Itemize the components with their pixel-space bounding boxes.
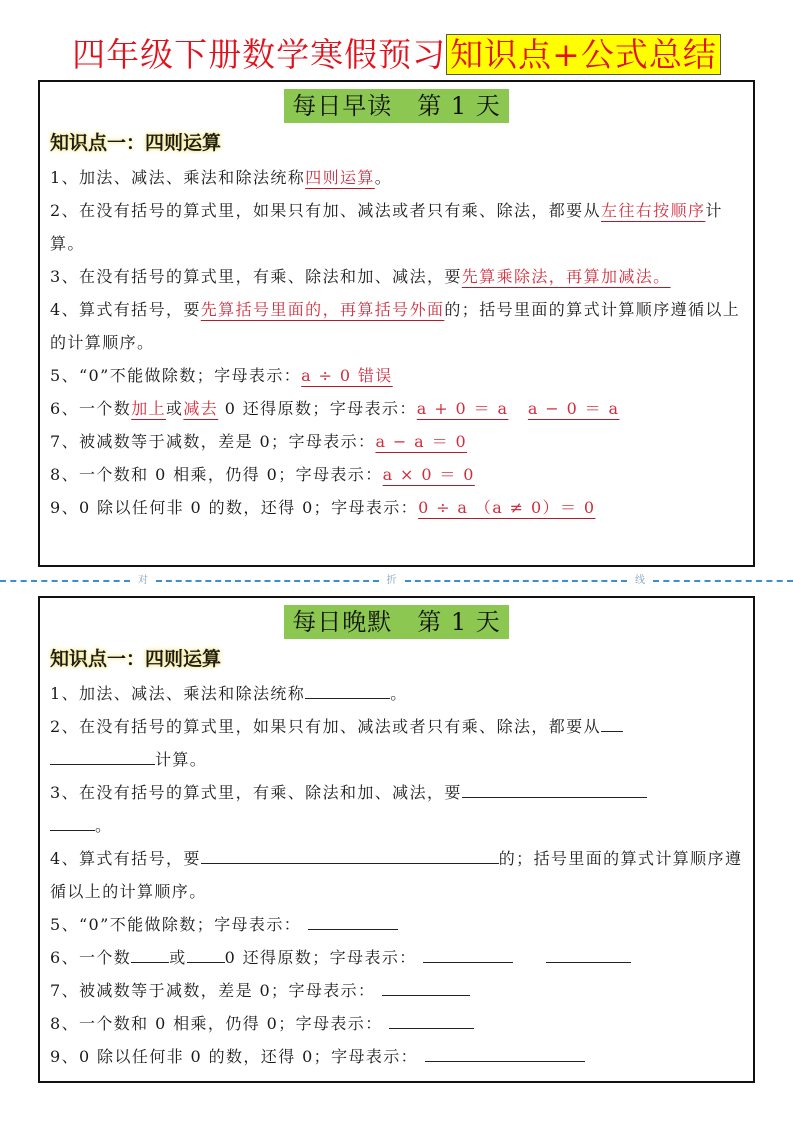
item-text: 6、一个数 bbox=[50, 399, 131, 418]
evening-item-4: 4、算式有括号，要的；括号里面的算式计算顺序遵循以上的计算顺序。 bbox=[50, 842, 743, 908]
evening-dictation-box: 每日晚默 第 1 天 知识点一：四则运算 1、加法、减法、乘法和除法统称。 2、… bbox=[38, 596, 755, 1083]
answer-text: 加上 bbox=[131, 399, 166, 418]
evening-item-7: 7、被减数等于减数，差是 0；字母表示： bbox=[50, 974, 743, 1007]
answer-text: a + 0 ＝ a bbox=[417, 399, 509, 418]
dash-segment bbox=[156, 580, 379, 582]
fold-label: 线 bbox=[627, 574, 653, 588]
item-text: 0 还得原数；字母表示： bbox=[218, 399, 417, 418]
evening-item-8: 8、一个数和 0 相乘，仍得 0；字母表示： bbox=[50, 1007, 743, 1040]
morning-item-1: 1、加法、减法、乘法和除法统称四则运算。 bbox=[50, 161, 743, 194]
answer-text: 0 ÷ a （a ≠ 0）＝ 0 bbox=[418, 498, 595, 517]
item-text: 5、“0”不能做除数；字母表示： bbox=[50, 915, 301, 934]
morning-item-5: 5、“0”不能做除数；字母表示：a ÷ 0 错误 bbox=[50, 359, 743, 392]
item-text: 。 bbox=[390, 684, 407, 703]
item-text: 或 bbox=[166, 399, 183, 418]
evening-item-5: 5、“0”不能做除数；字母表示： bbox=[50, 908, 743, 941]
evening-subheading: 知识点一：四则运算 bbox=[50, 645, 221, 673]
evening-banner: 每日晚默 第 1 天 bbox=[284, 605, 509, 639]
answer-blank[interactable] bbox=[382, 977, 470, 996]
morning-reading-box: 每日早读 第 1 天 知识点一：四则运算 1、加法、减法、乘法和除法统称四则运算… bbox=[38, 80, 755, 567]
morning-item-8: 8、一个数和 0 相乘，仍得 0；字母表示：a × 0 ＝ 0 bbox=[50, 458, 743, 491]
answer-text: 四则运算 bbox=[305, 168, 375, 187]
page-title: 四年级下册数学寒假预习知识点+公式总结 bbox=[0, 33, 793, 77]
answer-text: 先算乘除法，再算加减法。 bbox=[462, 267, 671, 286]
morning-item-6: 6、一个数加上或减去 0 还得原数；字母表示：a + 0 ＝ a a − 0 ＝… bbox=[50, 392, 743, 425]
answer-blank[interactable] bbox=[187, 944, 225, 963]
answer-blank[interactable] bbox=[308, 911, 398, 930]
item-text: 3、在没有括号的算式里，有乘、除法和加、减法，要 bbox=[50, 783, 462, 802]
morning-banner: 每日早读 第 1 天 bbox=[284, 89, 509, 123]
item-text: 。 bbox=[375, 168, 392, 187]
evening-items: 1、加法、减法、乘法和除法统称。 2、在没有括号的算式里，如果只有加、减法或者只… bbox=[50, 677, 753, 1073]
answer-blank[interactable] bbox=[305, 680, 390, 699]
item-text: 0 还得原数；字母表示： bbox=[225, 948, 417, 967]
dash-segment bbox=[653, 580, 793, 582]
item-text: 1、加法、减法、乘法和除法统称 bbox=[50, 168, 305, 187]
fold-label: 折 bbox=[379, 574, 405, 588]
answer-blank[interactable] bbox=[389, 1010, 474, 1029]
answer-text: 先算括号里面的，再算括号外面 bbox=[201, 300, 445, 319]
item-text: 8、一个数和 0 相乘，仍得 0；字母表示： bbox=[50, 465, 383, 484]
item-text: 2、在没有括号的算式里，如果只有加、减法或者只有乘、除法，都要从 bbox=[50, 201, 601, 220]
item-text: 7、被减数等于减数，差是 0；字母表示： bbox=[50, 432, 375, 451]
title-main: 四年级下册数学寒假预习 bbox=[72, 35, 446, 74]
item-text: 7、被减数等于减数，差是 0；字母表示： bbox=[50, 981, 375, 1000]
morning-item-4: 4、算式有括号，要先算括号里面的，再算括号外面的；括号里面的算式计算顺序遵循以上… bbox=[50, 293, 743, 359]
item-text: 9、0 除以任何非 0 的数，还得 0；字母表示： bbox=[50, 498, 418, 517]
answer-text: 左往右按顺序 bbox=[601, 201, 705, 220]
answer-blank[interactable] bbox=[546, 944, 631, 963]
answer-blank[interactable] bbox=[50, 812, 95, 831]
answer-blank[interactable] bbox=[423, 944, 513, 963]
item-text: 。 bbox=[95, 816, 112, 835]
evening-item-2: 2、在没有括号的算式里，如果只有加、减法或者只有乘、除法，都要从计算。 bbox=[50, 710, 743, 776]
item-text: 6、一个数 bbox=[50, 948, 131, 967]
item-text: 计算。 bbox=[155, 750, 207, 769]
item-text: 3、在没有括号的算式里，有乘、除法和加、减法，要 bbox=[50, 267, 462, 286]
morning-subheading: 知识点一：四则运算 bbox=[50, 129, 221, 157]
dash-segment bbox=[405, 580, 628, 582]
answer-text: a ÷ 0 错误 bbox=[301, 366, 393, 385]
answer-blank[interactable] bbox=[601, 713, 623, 732]
answer-blank[interactable] bbox=[131, 944, 169, 963]
answer-blank[interactable] bbox=[462, 779, 647, 798]
item-text: 4、算式有括号，要 bbox=[50, 300, 201, 319]
answer-blank[interactable] bbox=[425, 1043, 585, 1062]
item-text: 或 bbox=[169, 948, 186, 967]
answer-blank[interactable] bbox=[50, 746, 155, 765]
item-text: 2、在没有括号的算式里，如果只有加、减法或者只有乘、除法，都要从 bbox=[50, 717, 601, 736]
item-text: 4、算式有括号，要 bbox=[50, 849, 201, 868]
morning-item-2: 2、在没有括号的算式里，如果只有加、减法或者只有乘、除法，都要从左往右按顺序计算… bbox=[50, 194, 743, 260]
answer-text: a − a ＝ 0 bbox=[375, 432, 467, 451]
title-highlight: 知识点+公式总结 bbox=[446, 34, 721, 75]
evening-item-3: 3、在没有括号的算式里，有乘、除法和加、减法，要。 bbox=[50, 776, 743, 842]
answer-blank[interactable] bbox=[201, 845, 499, 864]
answer-text: a − 0 ＝ a bbox=[528, 399, 620, 418]
morning-item-7: 7、被减数等于减数，差是 0；字母表示：a − a ＝ 0 bbox=[50, 425, 743, 458]
morning-item-3: 3、在没有括号的算式里，有乘、除法和加、减法，要先算乘除法，再算加减法。 bbox=[50, 260, 743, 293]
item-text: 9、0 除以任何非 0 的数，还得 0；字母表示： bbox=[50, 1047, 418, 1066]
morning-items: 1、加法、减法、乘法和除法统称四则运算。 2、在没有括号的算式里，如果只有加、减… bbox=[50, 161, 753, 524]
item-text: 5、“0”不能做除数；字母表示： bbox=[50, 366, 301, 385]
fold-label: 对 bbox=[130, 574, 156, 588]
answer-text: a × 0 ＝ 0 bbox=[383, 465, 475, 484]
item-text: 8、一个数和 0 相乘，仍得 0；字母表示： bbox=[50, 1014, 383, 1033]
answer-text: 减去 bbox=[183, 399, 218, 418]
evening-item-6: 6、一个数或0 还得原数；字母表示： bbox=[50, 941, 743, 974]
evening-item-9: 9、0 除以任何非 0 的数，还得 0；字母表示： bbox=[50, 1040, 743, 1073]
evening-item-1: 1、加法、减法、乘法和除法统称。 bbox=[50, 677, 743, 710]
item-text: 1、加法、减法、乘法和除法统称 bbox=[50, 684, 305, 703]
fold-line: 对 折 线 bbox=[0, 574, 793, 588]
morning-item-9: 9、0 除以任何非 0 的数，还得 0；字母表示：0 ÷ a （a ≠ 0）＝ … bbox=[50, 491, 743, 524]
dash-segment bbox=[0, 580, 130, 582]
